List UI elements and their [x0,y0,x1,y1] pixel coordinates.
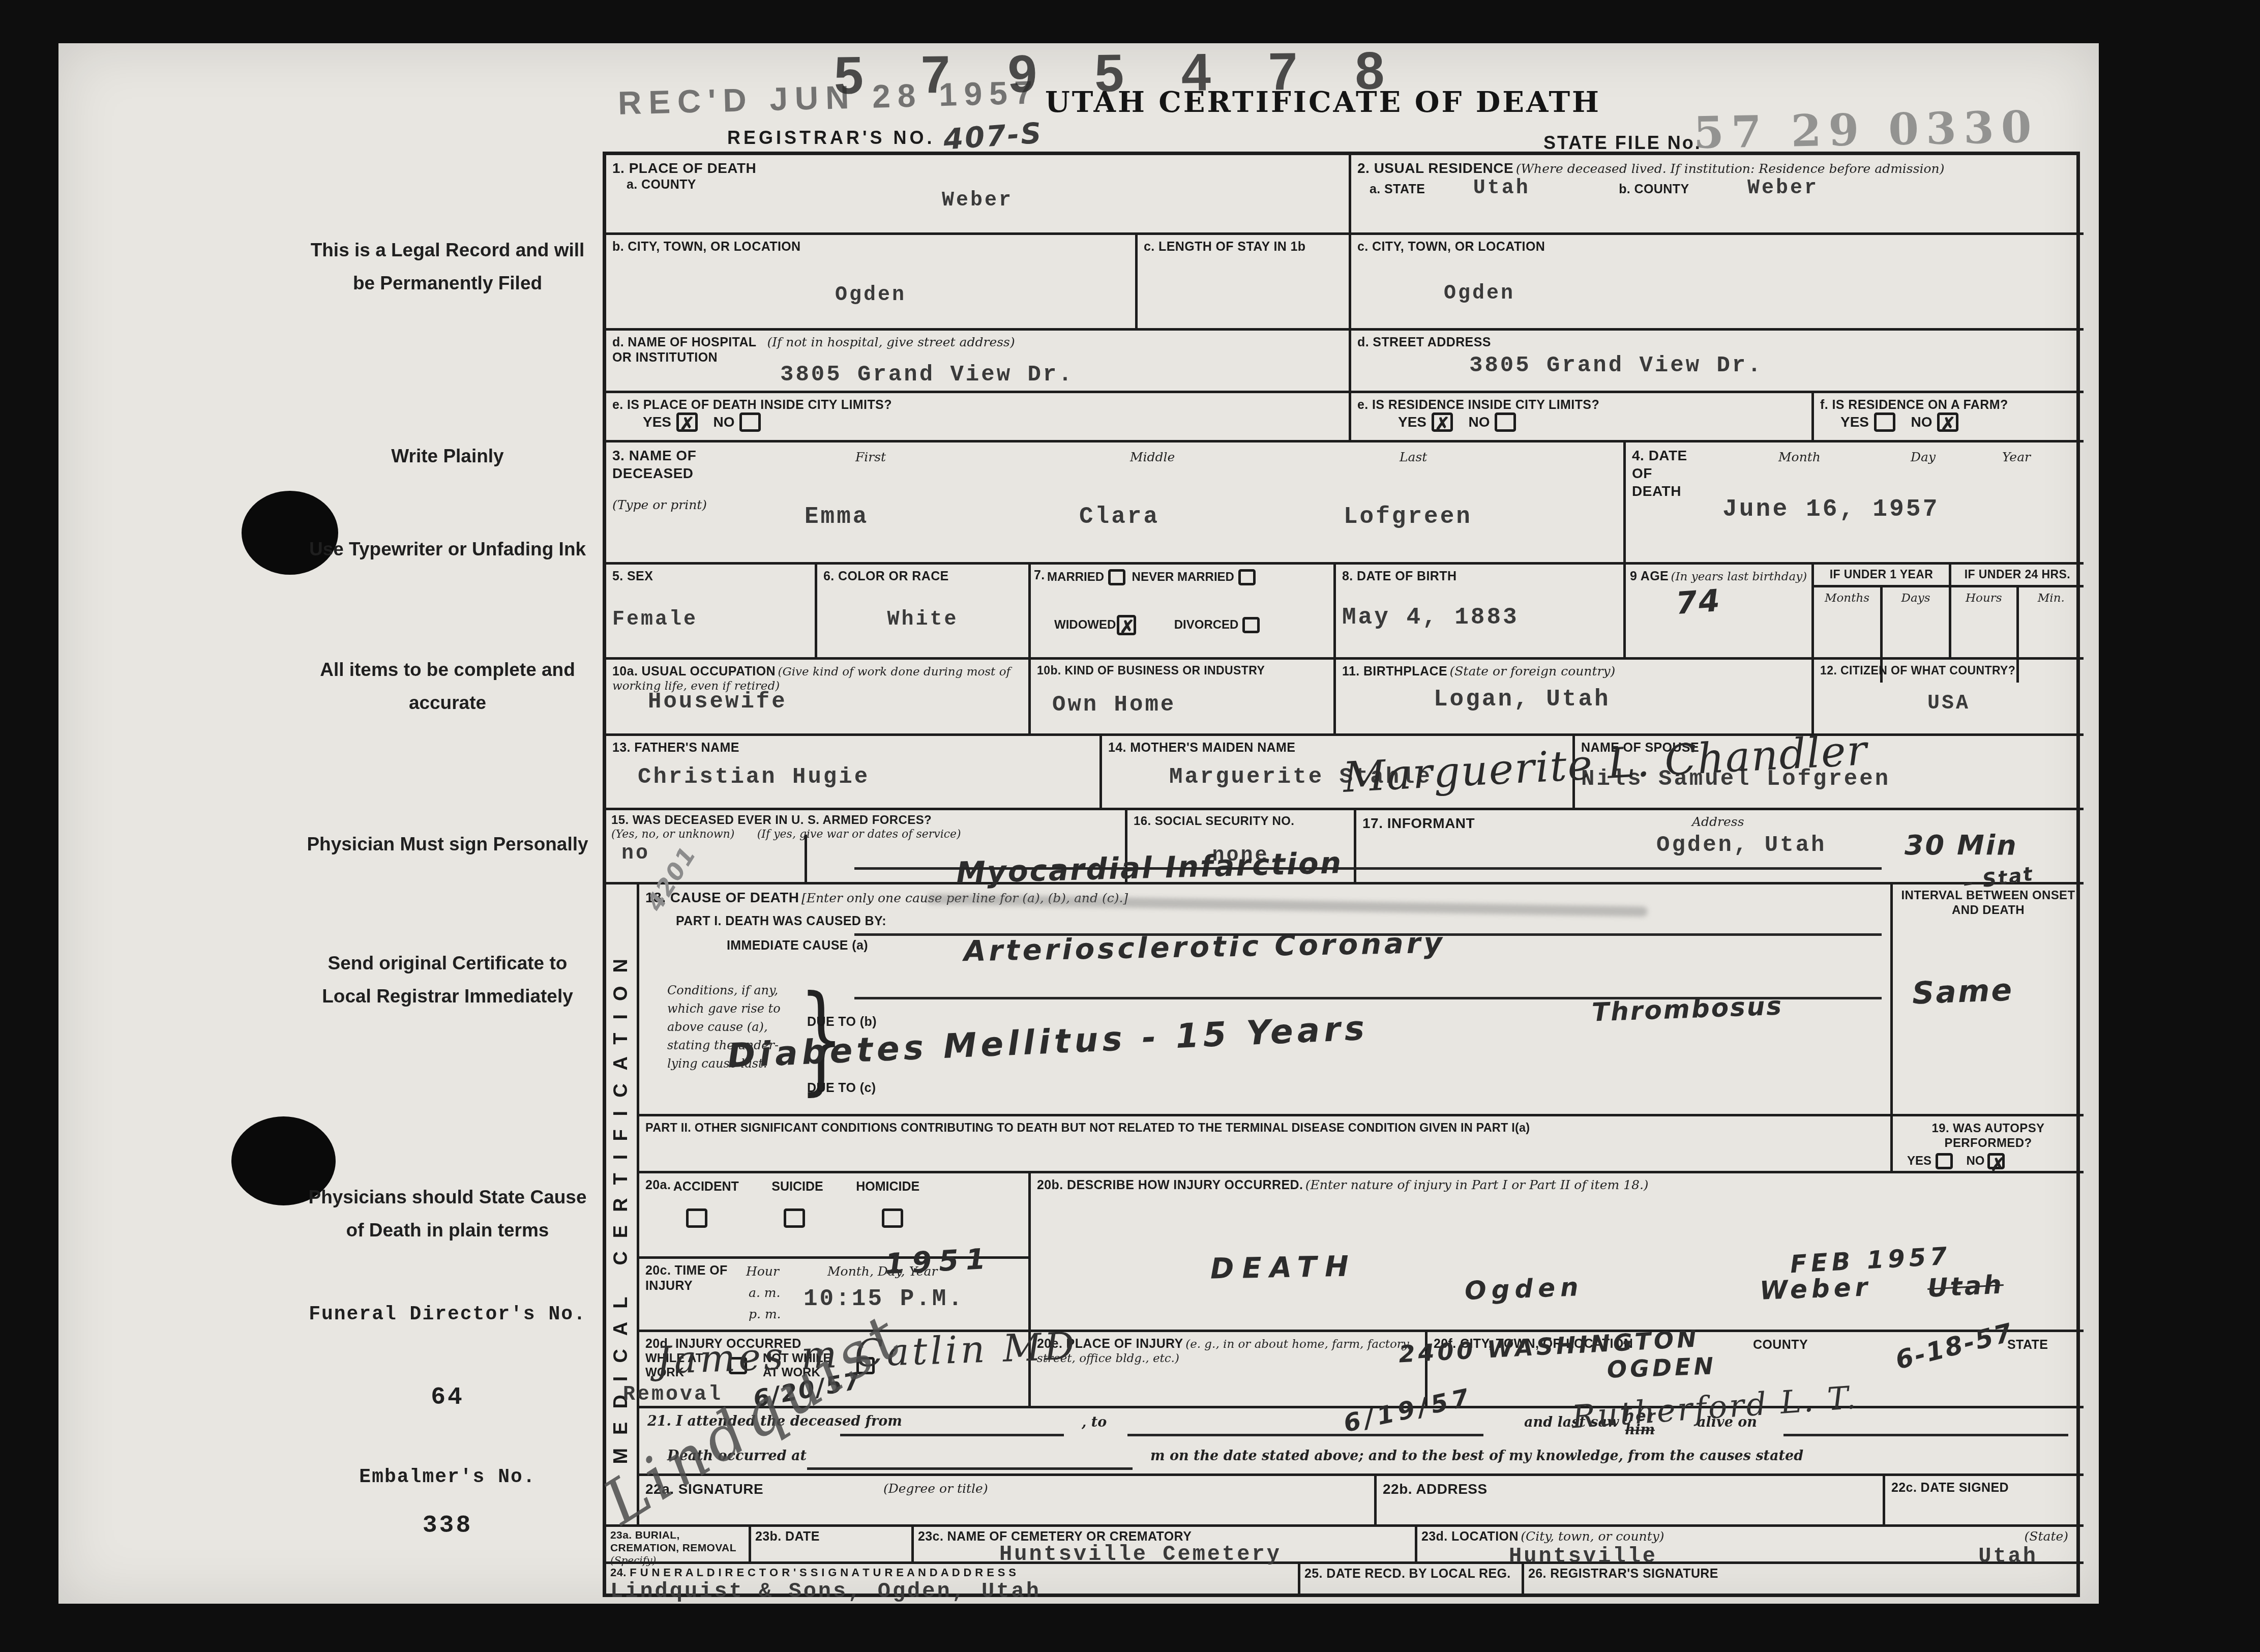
father-value: Christian Hugie [638,764,1093,790]
first-label: First [855,450,886,465]
accident-checkbox [686,1208,707,1228]
field-place-of-death-county: 1. PLACE OF DEATH a. COUNTY Weber [606,155,1351,235]
scanned-death-certificate: { "hdr": { "stamp_received": "REC'D JUN … [0,0,2260,1652]
certificate-title: UTAH CERTIFICATE OF DEATH [1045,85,1601,119]
divorced-label: DIVORCED [1174,618,1239,632]
suicide-checkbox [784,1208,805,1228]
part2-label: PART II. OTHER SIGNIFICANT CONDITIONS CO… [645,1121,1530,1134]
label-20a: 20a. [645,1178,671,1192]
informant-address-label: Address [1692,814,1744,830]
attended-to-value: Death [1210,1250,1357,1285]
embalmer-no-value: 338 [305,1504,590,1547]
funeral-director-no-label: Funeral Director's No. [305,1298,590,1332]
day-label: Day [1911,450,1936,465]
label-22b: 22b. ADDRESS [1383,1481,1488,1497]
birthplace-label: 11. BIRTHPLACE [1342,664,1447,678]
field-marital-status: 7. MARRIED NEVER MARRIED WIDOWED DIVORCE… [1031,565,1336,660]
due-to-b-label: DUE TO (b) [807,1014,877,1029]
race-value: White [823,608,1022,631]
field-date-of-birth: 8. DATE OF BIRTH May 4, 1883 [1336,565,1626,660]
field-20e: 20e. PLACE OF INJURY (e. g., in or about… [1031,1332,1428,1408]
birth-date-value: May 4, 1883 [1342,604,1617,631]
attended-to-word: , to [1082,1414,1107,1431]
last-label: Last [1400,450,1427,465]
informant-address-value: Ogden, Utah [1656,833,1826,858]
middle-name-value: Clara [1079,504,1159,530]
citizen-label: 12. CITIZEN OF WHAT COUNTRY? [1820,664,2015,677]
medical-certification-strip: MEDICAL CERTIFICATION [606,884,639,1527]
father-label: 13. FATHER'S NAME [612,741,739,755]
embalmer-no-label: Embalmer's No. [305,1461,590,1495]
farm-no-label: NO [1911,414,1932,430]
field-length-of-stay: c. LENGTH OF STAY IN 1b [1138,235,1351,331]
ssn-label: 16. SOCIAL SECURITY NO. [1134,814,1294,828]
attended-post: m on the date stated above; and to the b… [1150,1448,1803,1464]
margin-note-complete: All items to be complete and accurate [305,654,590,720]
race-label: 6. COLOR OR RACE [823,569,949,583]
never-married-checkbox [1238,569,1256,585]
injury-state-value: Utah [1927,1270,2005,1303]
residence-state-label: a. STATE [1370,182,1425,196]
am-label: a. m. [749,1285,780,1301]
homicide-label: HOMICIDE [856,1179,919,1194]
birthplace-hint: (State or foreign country) [1449,664,1615,678]
residence-limits-label: e. IS RESIDENCE INSIDE CITY LIMITS? [1357,398,1599,412]
farm-yes-checkbox [1874,412,1895,432]
residence-limits-yes-label: YES [1398,414,1426,430]
injury-city-value: Ogden [1464,1272,1584,1306]
margin-note-write-plainly: Write Plainly [305,440,590,473]
street-address-label: d. STREET ADDRESS [1357,335,1491,349]
label-24: 24. F U N E R A L D I R E C T O R ' S S … [610,1566,1016,1579]
field-23d: 23d. LOCATION (City, town, or county) (S… [1417,1527,2084,1564]
hour-label: Hour [746,1264,779,1279]
field-name-of-deceased: 3. NAME OF DECEASED First Middle Last (T… [606,442,1626,565]
place-limits-yes-label: YES [643,414,671,430]
field-residence-city-limits: e. IS RESIDENCE INSIDE CITY LIMITS? YES … [1351,393,1814,442]
state-file-value: 57 29 0330 [1693,101,2039,159]
field-color-or-race: 6. COLOR OR RACE White [817,565,1031,660]
county-label: a. COUNTY [627,178,696,192]
residence-county-label: b. COUNTY [1619,182,1689,196]
field-22a: 22a. SIGNATURE (Degree or title) [639,1476,1377,1527]
margin-note-typewriter: Use Typewriter or Unfading Ink [305,533,590,566]
armed-forces-label: 15. WAS DECEASED EVER IN U. S. ARMED FOR… [611,813,932,827]
farm-no-checkbox [1937,412,1958,432]
margin-note-physician-sign: Physician Must sign Personally [305,828,590,861]
field-23b: 23b. DATE [751,1527,914,1564]
alive-blank [1783,1434,2068,1436]
residence-state-value: Utah [1473,177,1530,200]
county-value: Weber [612,189,1343,212]
funeral-home-value: Lindquist & Sons, Ogden, Utah [610,1579,1294,1604]
funeral-director-no-value: 64 [305,1376,590,1419]
residence-limits-no-label: NO [1468,414,1490,430]
informant-label: 17. INFORMANT [1362,815,1475,831]
time-blank [807,1467,1133,1470]
state-file-label: STATE FILE No. [1543,131,1702,154]
residence-county-value: Weber [1747,177,1819,200]
field-23c: 23c. NAME OF CEMETERY OR CREMATORY Hunts… [914,1527,1417,1564]
birth-date-label: 8. DATE OF BIRTH [1342,569,1456,583]
autopsy-no-label: NO [1966,1154,1984,1168]
birthplace-value: Logan, Utah [1434,686,1805,713]
field-usual-residence-state-county: 2. USUAL RESIDENCE (Where deceased lived… [1351,155,2084,235]
field-street-address: d. STREET ADDRESS 3805 Grand View Dr. [1351,331,2084,393]
field-residence-farm: f. IS RESIDENCE ON A FARM? YES NO [1814,393,2084,442]
field-26: 26. REGISTRAR'S SIGNATURE [1524,1564,2084,1597]
field-place-city: b. CITY, TOWN, OR LOCATION Ogden [606,235,1138,331]
date-of-death-value: June 16, 1957 [1722,496,1939,523]
farm-yes-label: YES [1840,414,1869,430]
sex-label: 5. SEX [612,569,653,583]
length-of-stay-label: c. LENGTH OF STAY IN 1b [1144,240,1306,254]
widowed-checkbox [1117,615,1136,635]
deceased-title: 3. NAME OF DECEASED [612,447,755,482]
interval-a-value: 30 Min [1905,829,2018,861]
married-label: MARRIED [1047,570,1104,584]
label-20c: 20c. TIME OF INJURY [645,1263,742,1293]
field-business: 10b. KIND OF BUSINESS OR INDUSTRY Own Ho… [1031,660,1336,736]
field-hospital: d. NAME OF HOSPITAL OR INSTITUTION (If n… [606,331,1351,393]
residence-city-label: c. CITY, TOWN, OR LOCATION [1357,240,1545,254]
field-birthplace: 11. BIRTHPLACE (State or foreign country… [1336,660,1814,736]
under-24-hrs-label: IF UNDER 24 HRS. [1951,565,2084,587]
business-label: 10b. KIND OF BUSINESS OR INDUSTRY [1037,664,1265,677]
field-22c: 22c. DATE SIGNED [1885,1476,2084,1527]
street-address-value: 3805 Grand View Dr. [1469,353,2077,378]
citizen-value: USA [1820,692,2077,715]
first-name-value: Emma [805,504,869,530]
under-1-year-label: IF UNDER 1 YEAR [1814,565,1949,587]
mother-label: 14. MOTHER'S MAIDEN NAME [1108,741,1295,755]
autopsy-label: 19. WAS AUTOPSY PERFORMED? [1899,1122,2077,1151]
hospital-value: 3805 Grand View Dr. [780,362,1343,388]
part1-label: PART I. DEATH WAS CAUSED BY: [676,913,1884,929]
autopsy-yes-label: YES [1907,1154,1931,1168]
registrar-no-value: 407-S [942,116,1044,156]
cemetery-value: Huntsville Cemetery [999,1542,1411,1567]
widowed-label: WIDOWED [1054,618,1116,632]
label-20b: 20b. DESCRIBE HOW INJURY OCCURRED. [1037,1178,1303,1192]
to-blank [1127,1434,1483,1436]
accident-label: ACCIDENT [673,1179,739,1194]
last-name-value: Lofgreen [1344,504,1472,530]
place-city-label: b. CITY, TOWN, OR LOCATION [612,240,801,254]
margin-note-legal-record: This is a Legal Record and will be Perma… [305,234,590,300]
armed-forces-hint2: (If yes, give war or dates of service) [757,828,961,841]
immediate-cause-line [854,867,1882,870]
farm-label: f. IS RESIDENCE ON A FARM? [1820,398,2008,412]
sex-value: Female [612,608,809,631]
place-of-death-title: 1. PLACE OF DEATH [612,160,756,176]
place-limits-no-label: NO [713,414,734,430]
marital-num: 7. [1034,568,1045,582]
field-25: 25. DATE RECD. BY LOCAL REG. [1300,1564,1524,1597]
hospital-hint: (If not in hospital, give street address… [767,335,1015,349]
month-label: Month [1778,450,1821,465]
field-part2: PART II. OTHER SIGNIFICANT CONDITIONS CO… [639,1116,1893,1173]
field-occupation: 10a. USUAL OCCUPATION (Give kind of work… [606,660,1031,736]
field-residence-city: c. CITY, TOWN, OR LOCATION Ogden [1351,235,2084,331]
label-26: 26. REGISTRAR'S SIGNATURE [1528,1567,1718,1581]
usual-residence-title: 2. USUAL RESIDENCE [1357,160,1513,176]
label-20f-county: COUNTY [1753,1337,1808,1352]
label-23c: 23c. NAME OF CEMETERY OR CREMATORY [918,1529,1192,1544]
field-date-of-death: 4. DATE OF DEATH Month Day Year June 16,… [1626,442,2084,565]
due-to-b-line [854,933,1882,936]
place-limits-yes-checkbox [676,412,698,432]
due-to-c-line [854,997,1882,999]
physician-address-2: Ogden [1607,1352,1717,1383]
label-25: 25. DATE RECD. BY LOCAL REG. [1304,1567,1511,1581]
margin-note-plain-terms: Physicians should State Cause of Death i… [305,1181,590,1247]
field-autopsy: 19. WAS AUTOPSY PERFORMED? YES NO [1893,1116,2084,1173]
label-23b: 23b. DATE [755,1529,820,1544]
field-sex: 5. SEX Female [606,565,817,660]
autopsy-no-checkbox [1987,1153,2005,1169]
armed-forces-hint1: (Yes, no, or unknown) [611,828,734,841]
never-married-label: NEVER MARRIED [1132,570,1234,584]
label-23d: 23d. LOCATION [1421,1529,1519,1544]
field-place-city-limits: e. IS PLACE OF DEATH INSIDE CITY LIMITS?… [606,393,1351,442]
residence-limits-no-checkbox [1495,412,1516,432]
business-value: Own Home [1052,692,1327,718]
place-limits-label: e. IS PLACE OF DEATH INSIDE CITY LIMITS? [612,398,892,412]
year-label: Year [2002,450,2031,465]
field-24: 24. F U N E R A L D I R E C T O R ' S S … [606,1564,1300,1597]
married-checkbox [1108,569,1125,585]
burial-type-value: Removal [623,1383,723,1406]
middle-label: Middle [1130,450,1175,465]
registrar-no-label: REGISTRAR'S NO. [727,126,935,149]
autopsy-yes-checkbox [1936,1153,1953,1169]
attended-from-value: 1951 [884,1243,993,1281]
age-label: 9 AGE [1630,569,1669,583]
hint-23d: (City, town, or county) [1521,1529,1664,1544]
field-citizen: 12. CITIZEN OF WHAT COUNTRY? USA [1814,660,2084,736]
residence-limits-yes-checkbox [1432,412,1453,432]
interval-c-value: Same [1912,972,2014,1012]
hint-23d-state: (State) [2025,1529,2068,1544]
hospital-label: d. NAME OF HOSPITAL OR INSTITUTION [612,335,765,365]
hint-22a: (Degree or title) [883,1481,988,1496]
margin-note-send-original: Send original Certificate to Local Regis… [305,947,590,1013]
field-age: 9 AGE (In years last birthday) 74 IF UND… [1626,565,2084,660]
date-of-death-label: 4. DATE OF DEATH [1632,447,1698,500]
field-22b: 22b. ADDRESS [1377,1476,1885,1527]
from-blank [840,1434,1064,1436]
place-city-value: Ogden [612,284,1129,307]
occupation-label: 10a. USUAL OCCUPATION [612,664,776,678]
residence-city-value: Ogden [1444,282,2077,305]
divorced-checkbox [1242,617,1260,633]
label-22c: 22c. DATE SIGNED [1891,1481,2009,1495]
place-limits-no-checkbox [739,412,761,432]
usual-residence-hint: (Where deceased lived. If institution: R… [1516,161,1945,176]
pm-label: p. m. [749,1307,781,1322]
homicide-checkbox [882,1208,903,1228]
hint-20b: (Enter nature of injury in Part I or Par… [1305,1177,1649,1192]
interval-label: INTERVAL BETWEEN ONSET AND DEATH [1899,889,2077,918]
occupation-value: Housewife [648,689,1022,715]
suicide-label: SUICIDE [771,1179,823,1194]
field-father-name: 13. FATHER'S NAME Christian Hugie [606,736,1102,810]
due-to-c-label: DUE TO (c) [807,1080,876,1096]
